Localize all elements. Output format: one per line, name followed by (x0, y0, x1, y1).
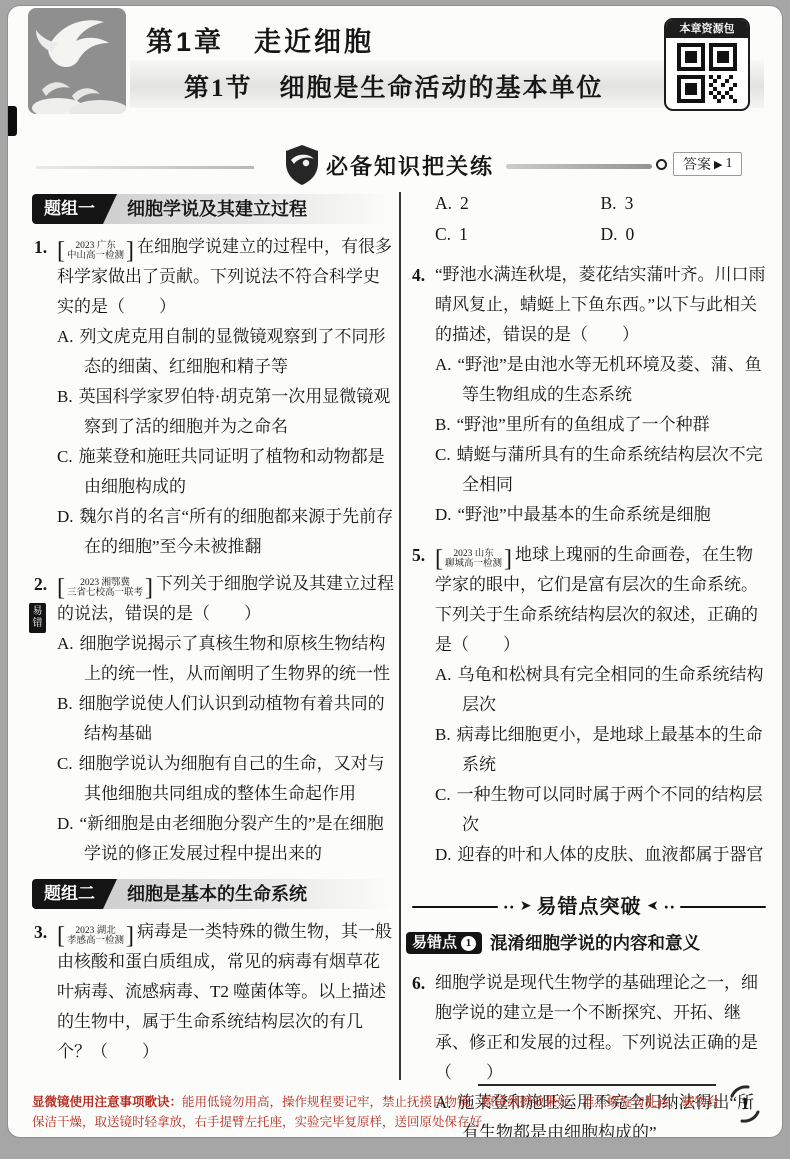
group-badge: 题组一 (32, 194, 103, 224)
option-b: B.细胞学说使人们认识到动植物有着共同的结构基础 (57, 689, 394, 749)
dove-image (28, 8, 126, 114)
question-stem: [2023 湘鄂冀三省七校高一联考]下列关于细胞学说及其建立过程的说法，错误的是… (57, 569, 394, 629)
option-d: D.“新细胞是由老细胞分裂产生的”是在细胞学说的修正发展过程中提出来的 (57, 809, 394, 869)
decor-dot: ·· (663, 898, 675, 916)
bracket-left: [ (57, 578, 65, 598)
question-4: 4. “野池水满连秋堤，菱花结实蒲叶齐。川口雨晴风复止，蜻蜓上下鱼东西。”以下与… (412, 260, 766, 530)
question-number: 2. (34, 569, 47, 599)
arrow-right-icon: ➤ (520, 900, 532, 914)
question-stem: 细胞学说是现代生物学的基础理论之一，细胞学说的建立是一个不断探究、开拓、继承、修… (435, 968, 766, 1088)
group-badge: 题组二 (32, 879, 103, 909)
footer-note: 显微镜使用注意事项歌诀：能用低镜勿用高，操作规程要记牢，禁止抚摸目物镜，擦镜纸擦… (32, 1092, 720, 1132)
qr-resource-box: 本章资源包 (664, 18, 750, 111)
right-column: A.2 B.3 C.1 D.0 4. “野池水满连秋堤，菱花结实蒲叶齐。川口雨晴… (412, 184, 766, 1137)
band-title: 必备知识把关练 (326, 150, 494, 181)
bracket-right: ] (504, 549, 512, 569)
option-b: B.英国科学家罗伯特·胡克第一次用显微镜观察到了活的细胞并为之命名 (57, 382, 394, 442)
option-a: A.乌龟和松树具有完全相同的生命系统结构层次 (435, 660, 766, 720)
answer-option-d: D.0 (601, 219, 767, 250)
group-title: 细胞学说及其建立过程 (103, 194, 394, 224)
bracket-left: [ (57, 241, 65, 261)
source-tag: [2023 湘鄂冀三省七校高一联考] (57, 578, 153, 599)
question-2: 2. 易错 [2023 湘鄂冀三省七校高一联考]下列关于细胞学说及其建立过程的说… (34, 569, 394, 869)
error-point-title: 混淆细胞学说的内容和意义 (490, 928, 700, 958)
source-line-2: 聊城高一检测 (445, 559, 502, 570)
option-b: B.病毒比细胞更小，是地球上最基本的生命系统 (435, 720, 766, 780)
source-line-1: 2023 湘鄂冀 (80, 578, 130, 589)
source-line-2: 中山高一检测 (67, 251, 124, 262)
question-number: 4. (412, 260, 425, 290)
error-point-number: 1 (461, 936, 476, 951)
question-stem: [2023 广东中山高一检测]在细胞学说建立的过程中，有很多科学家做出了贡献。下… (57, 232, 394, 322)
answer-option-b: B.3 (601, 188, 767, 219)
option-c: C.蜻蜓与蒲所具有的生命系统结构层次不完全相同 (435, 440, 766, 500)
option-c: C.细胞学说认为细胞有自己的生命，又对与其他细胞共同组成的整体生命起作用 (57, 749, 394, 809)
question-number: 3. (34, 917, 47, 947)
error-break-heading: ·· ➤ 易错点突破 ➤ ·· (412, 892, 766, 922)
bracket-right: ] (145, 578, 153, 598)
option-a: A.细胞学说揭示了真核生物和原核生物结构上的统一性，从而阐明了生物界的统一性 (57, 629, 394, 689)
question-3: 3. [2023 湖北孝感高一检测]病毒是一类特殊的微生物，其一般由核酸和蛋白质… (34, 917, 394, 1067)
group-title: 细胞是基本的生命系统 (103, 879, 394, 909)
decor-line-right (680, 906, 766, 909)
band-line-right (506, 164, 652, 169)
option-c: C.施莱登和施旺共同证明了植物和动物都是由细胞构成的 (57, 442, 394, 502)
page-sheet: 第1章 走近细胞 第1节 细胞是生命活动的基本单位 本章资源包 (8, 6, 782, 1137)
page-number: 1 (724, 1083, 766, 1125)
source-line-2: 三省七校高一联考 (67, 588, 143, 599)
column-divider (399, 192, 401, 1080)
answer-ref-box: 答案 ▶ 1 (673, 152, 742, 176)
question-number: 5. (412, 540, 425, 570)
source-line-1: 2023 山东 (453, 549, 493, 560)
source-line-2: 孝感高一检测 (67, 936, 124, 947)
qr-code (677, 43, 737, 103)
error-break-title: 易错点突破 (537, 892, 642, 922)
section-title: 第1节 细胞是生命活动的基本单位 (184, 68, 604, 104)
question-3-answers: A.2 B.3 C.1 D.0 (412, 188, 766, 250)
footer-rule (478, 1084, 716, 1086)
bracket-left: [ (435, 549, 443, 569)
question-number: 6. (412, 968, 425, 998)
source-tag: [2023 山东聊城高一检测] (435, 549, 512, 570)
option-d: D.“野池”中最基本的生命系统是细胞 (435, 500, 766, 530)
option-a: A.列文虎克用自制的显微镜观察到了不同形态的细菌、红细胞和精子等 (57, 322, 394, 382)
error-point-row: 易错点 1 混淆细胞学说的内容和意义 (406, 928, 766, 958)
question-number: 1. (34, 232, 47, 262)
decor-dot: ·· (503, 898, 515, 916)
answer-label: 答案 (683, 154, 711, 174)
error-point-badge: 易错点 1 (406, 932, 482, 954)
question-stem: “野池水满连秋堤，菱花结实蒲叶齐。川口雨晴风复止，蜻蜓上下鱼东西。”以下与此相关… (435, 260, 766, 350)
option-a: A.“野池”是由池水等无机环境及菱、蒲、鱼等生物组成的生态系统 (435, 350, 766, 410)
answer-reference: 答案 ▶ 1 (656, 152, 742, 176)
decor-line-left (412, 906, 498, 909)
answer-bullet-icon (656, 159, 667, 170)
option-d: D.魏尔肖的名言“所有的细胞都来源于先前存在的细胞”至今未被推翻 (57, 502, 394, 562)
answer-option-c: C.1 (435, 219, 601, 250)
source-line-1: 2023 湖北 (75, 926, 115, 937)
option-c: C.一种生物可以同时属于两个不同的结构层次 (435, 780, 766, 840)
answer-arrow-icon: ▶ (714, 158, 722, 171)
question-5: 5. [2023 山东聊城高一检测]地球上瑰丽的生命画卷，在生物学家的眼中，它们… (412, 540, 766, 870)
question-1: 1. [2023 广东中山高一检测]在细胞学说建立的过程中，有很多科学家做出了贡… (34, 232, 394, 562)
group-banner-1: 题组一 细胞学说及其建立过程 (32, 194, 394, 224)
edge-tab (8, 106, 17, 136)
question-stem: [2023 湖北孝感高一检测]病毒是一类特殊的微生物，其一般由核酸和蛋白质组成，… (57, 917, 394, 1067)
answer-page: 1 (725, 156, 732, 172)
option-d: D.迎春的叶和人体的皮肤、血液都属于器官 (435, 840, 766, 870)
chapter-title: 第1章 走近细胞 (146, 20, 374, 59)
error-prone-flag: 易错 (29, 603, 46, 633)
answer-option-a: A.2 (435, 188, 601, 219)
source-tag: [2023 湖北孝感高一检测] (57, 926, 134, 947)
bracket-right: ] (126, 926, 134, 946)
bracket-right: ] (126, 241, 134, 261)
group-banner-2: 题组二 细胞是基本的生命系统 (32, 879, 394, 909)
option-b: B.“野池”里所有的鱼组成了一个种群 (435, 410, 766, 440)
qr-label: 本章资源包 (666, 20, 748, 38)
bracket-left: [ (57, 926, 65, 946)
left-column: 题组一 细胞学说及其建立过程 1. [2023 广东中山高一检测]在细胞学说建立… (34, 184, 394, 1067)
footer-label: 显微镜使用注意事项歌诀： (32, 1095, 182, 1109)
source-line-1: 2023 广东 (75, 241, 115, 252)
stem-text: 细胞学说是现代生物学的基础理论之一，细胞学说的建立是一个不断探究、开拓、继承、修… (435, 973, 758, 1082)
band-line-left (36, 166, 254, 169)
source-tag: [2023 广东中山高一检测] (57, 241, 134, 262)
arrow-left-icon: ➤ (647, 900, 659, 914)
question-stem: [2023 山东聊城高一检测]地球上瑰丽的生命画卷，在生物学家的眼中，它们是富有… (435, 540, 766, 660)
stem-text: “野池水满连秋堤，菱花结实蒲叶齐。川口雨晴风复止，蜻蜓上下鱼东西。”以下与此相关… (435, 265, 766, 344)
